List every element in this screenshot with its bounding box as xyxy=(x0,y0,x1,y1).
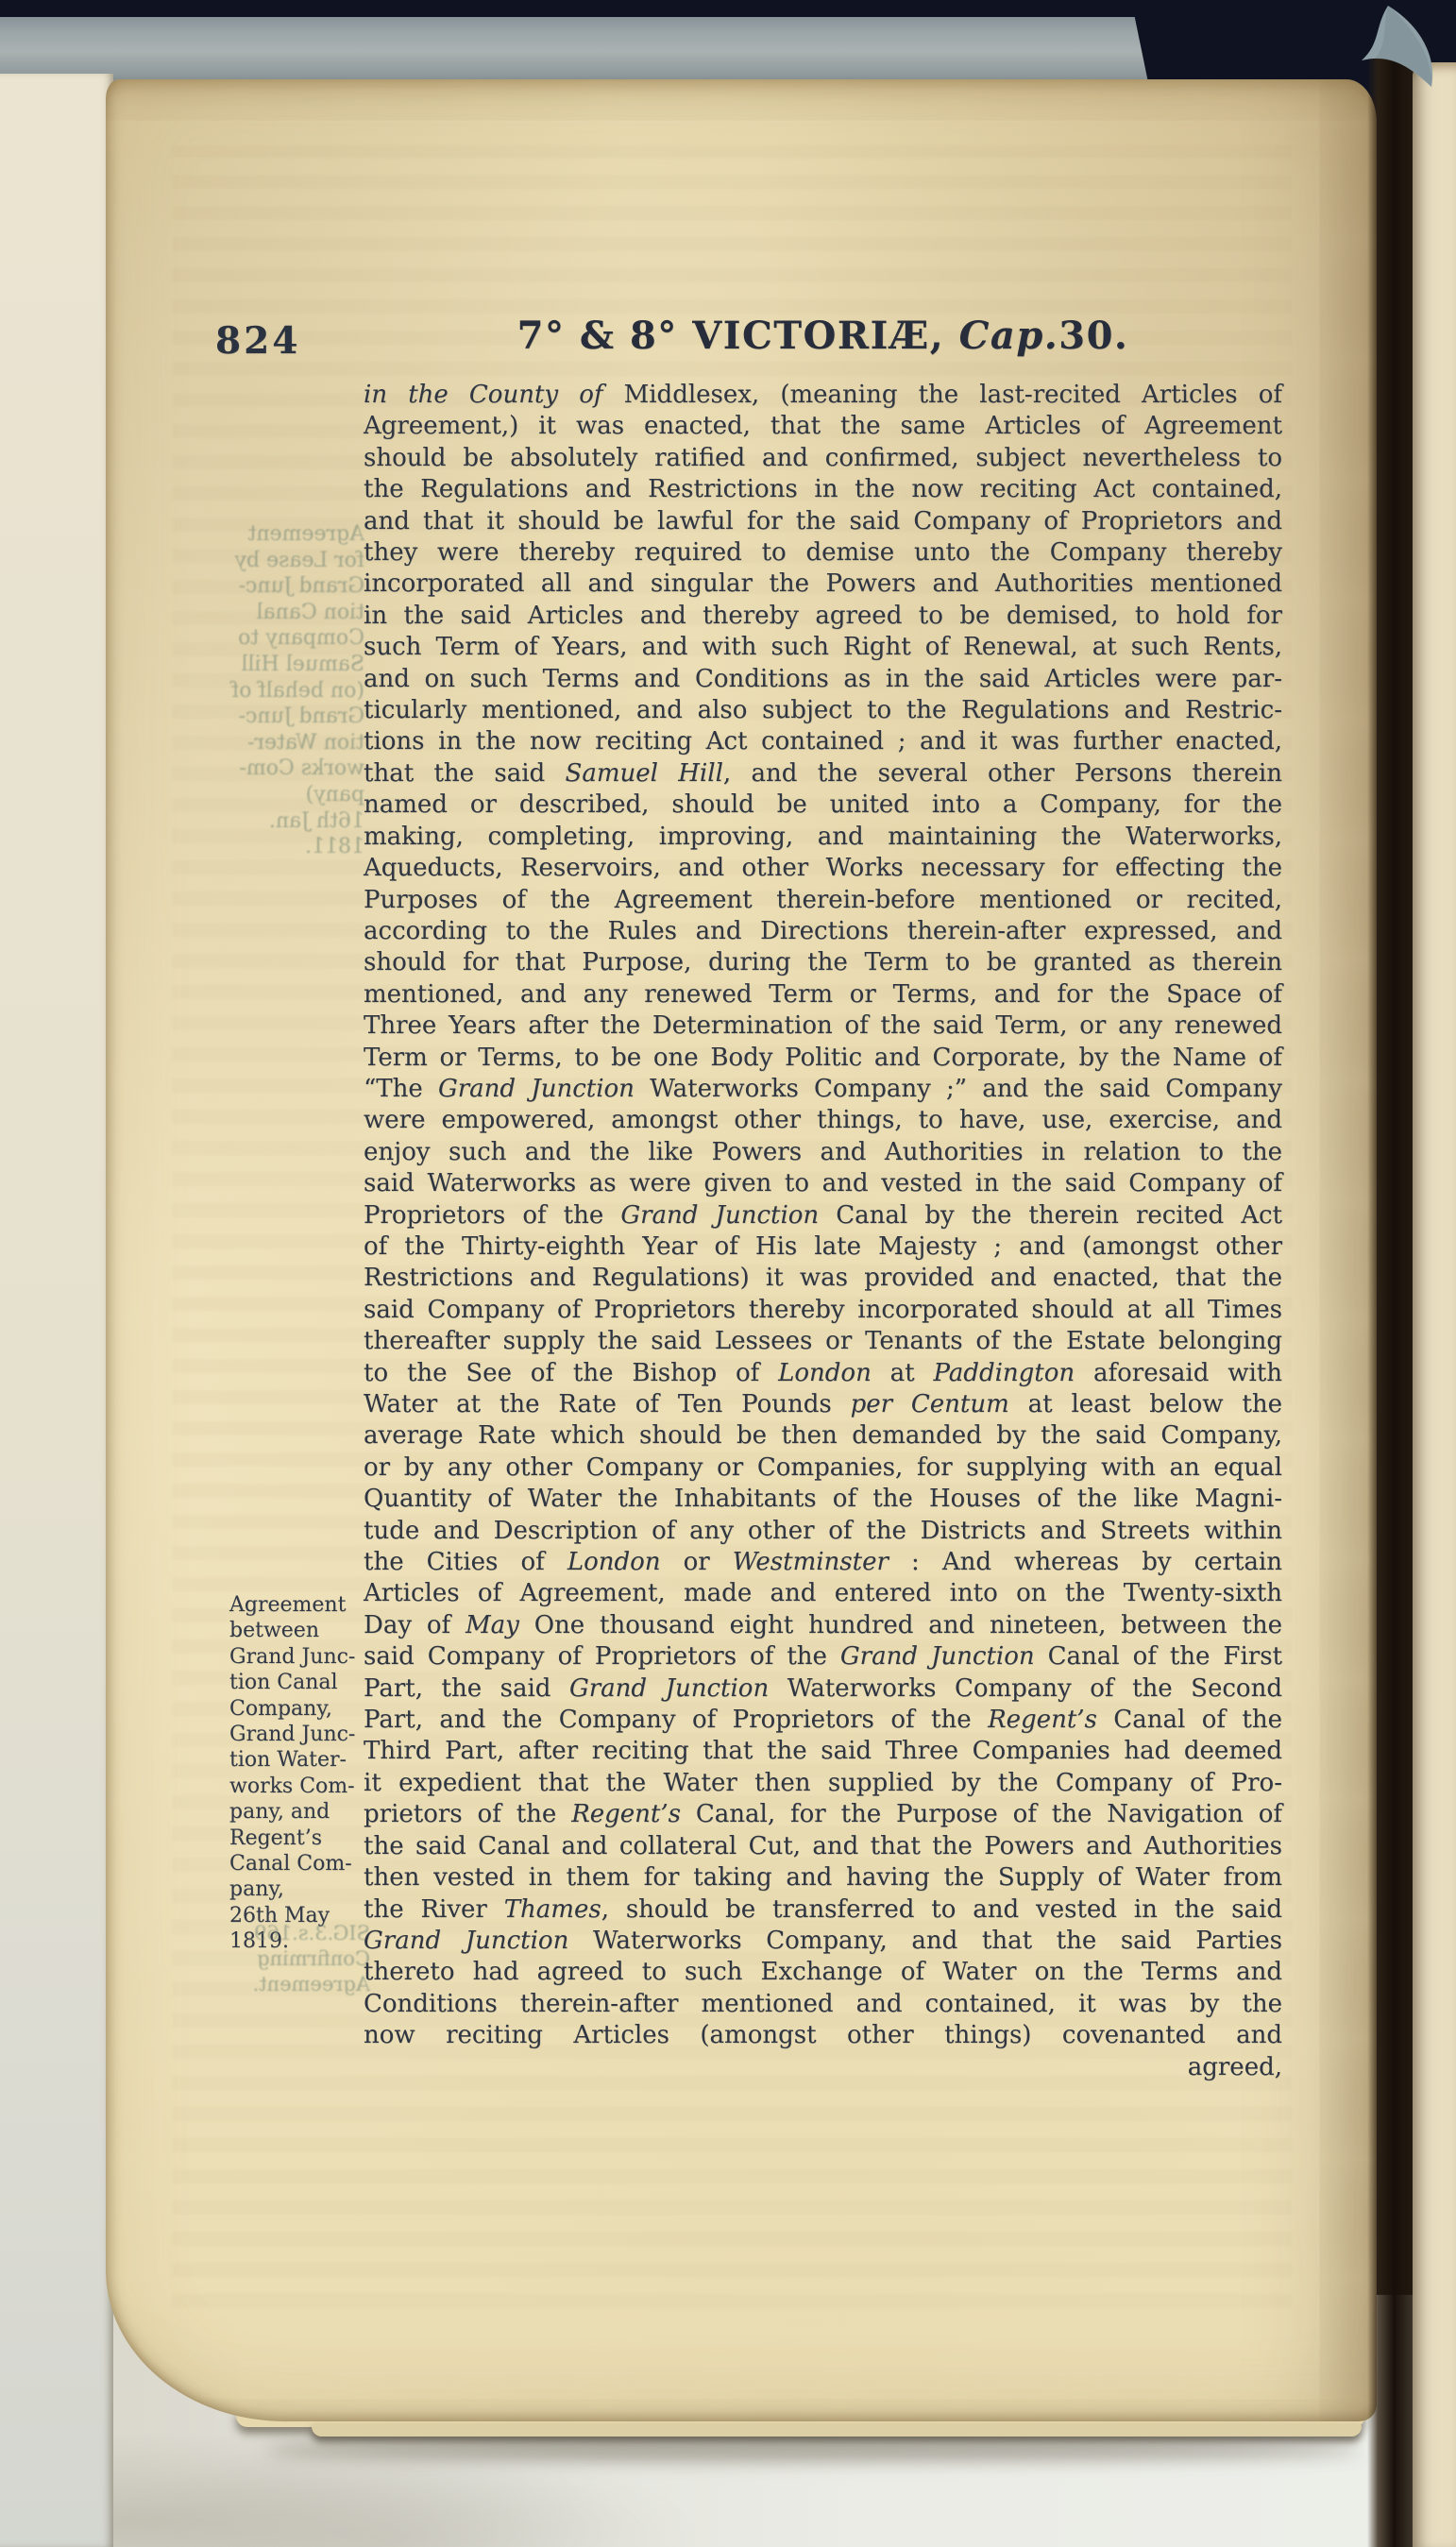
text-run: Third Part, after reciting that the said… xyxy=(364,1737,1282,1765)
margin-note-line: Company, xyxy=(229,1696,373,1722)
text-run: incorporated all and singular the Powers… xyxy=(364,569,1282,598)
text-run: ticularly mentioned, and also subject to… xyxy=(364,696,1282,724)
showthrough-line: tion Canal xyxy=(125,600,364,626)
italic-text-run: Paddington xyxy=(933,1359,1075,1387)
book-gutter xyxy=(1367,53,1416,2547)
showthrough-line: Grand Junc- xyxy=(125,704,364,730)
text-run: should for that Purpose, during the Term… xyxy=(364,948,1282,976)
text-run: Aqueducts, Reservoirs, and other Works n… xyxy=(364,854,1282,882)
body-line: of the Thirty-eighth Year of His late Ma… xyxy=(364,1231,1282,1263)
text-run: tions in the now reciting Act contained … xyxy=(364,727,1282,756)
text-run: Part, the said xyxy=(364,1674,569,1703)
text-run: , and the several other Persons therein xyxy=(723,759,1282,788)
book-top-edge xyxy=(0,6,1192,89)
body-line: prietors of the Regent’s Canal, for the … xyxy=(364,1799,1282,1830)
text-run: Waterworks Company ;” and the said Compa… xyxy=(635,1075,1282,1103)
text-run: prietors of the xyxy=(364,1800,571,1828)
text-run: Proprietors of the xyxy=(364,1201,620,1230)
text-run: Middlesex, (meaning the last-recited Art… xyxy=(602,381,1282,409)
body-line: the Regulations and Restrictions in the … xyxy=(364,474,1282,505)
showthrough-line: Samuel Hill xyxy=(125,652,364,678)
text-run: at xyxy=(872,1359,934,1387)
body-line: and that it should be lawful for the sai… xyxy=(364,506,1282,537)
showthrough-line: Agreement. xyxy=(210,1972,370,1997)
body-line: should be absolutely ratified and confir… xyxy=(364,443,1282,474)
italic-text-run: Westminster xyxy=(733,1548,889,1576)
margin-note-line: Grand Junc- xyxy=(229,1722,373,1747)
showthrough-line: works Com- xyxy=(125,756,364,782)
body-line: thereafter supply the said Lessees or Te… xyxy=(364,1326,1282,1357)
text-run: in the said Articles and thereby agreed … xyxy=(364,602,1282,630)
body-line: Day of May One thousand eight hundred an… xyxy=(364,1610,1282,1641)
margin-note-line: Canal Com- xyxy=(229,1851,373,1876)
italic-text-run: per Centum xyxy=(851,1390,1009,1418)
body-line: it expedient that the Water then supplie… xyxy=(364,1768,1282,1799)
margin-note: AgreementbetweenGrand Junc-tion CanalCom… xyxy=(229,1592,373,1955)
showthrough-line: (on behalf of xyxy=(125,678,364,705)
margin-note-line: works Com- xyxy=(229,1774,373,1799)
body-line: thereto had agreed to such Exchange of W… xyxy=(364,1957,1282,1988)
body-line: Water at the Rate of Ten Pounds per Cent… xyxy=(364,1389,1282,1420)
margin-note-line: tion Water- xyxy=(229,1747,373,1773)
text-run: said Waterworks as were given to and ves… xyxy=(364,1169,1282,1197)
text-run: “The xyxy=(364,1075,438,1103)
showthrough-line: Confirming xyxy=(210,1946,370,1972)
body-line: average Rate which should be then demand… xyxy=(364,1420,1282,1452)
catchword: agreed, xyxy=(364,2052,1282,2083)
body-line: Aqueducts, Reservoirs, and other Works n… xyxy=(364,853,1282,884)
italic-text-run: Grand Junction xyxy=(840,1642,1035,1671)
body-line: such Term of Years, and with such Right … xyxy=(364,632,1282,663)
body-line: incorporated all and singular the Powers… xyxy=(364,569,1282,600)
text-run: Conditions therein-after mentioned and c… xyxy=(364,1990,1282,2018)
text-run: Term or Terms, to be one Body Politic an… xyxy=(364,1044,1282,1072)
margin-note-line: tion Canal xyxy=(229,1670,373,1695)
text-run: 7° & 8° VICTORIÆ, xyxy=(517,314,959,358)
showthrough-line: Agreement xyxy=(125,521,364,548)
italic-text-run: London xyxy=(778,1359,872,1387)
body-line: tions in the now reciting Act contained … xyxy=(364,726,1282,757)
body-line: Part, and the Company of Proprietors of … xyxy=(364,1705,1282,1736)
text-run: Canal of the First xyxy=(1035,1642,1282,1671)
showthrough-line: tion Water- xyxy=(125,730,364,756)
next-page-edge xyxy=(1413,62,1456,2547)
text-run: Articles of Agreement, made and entered … xyxy=(364,1579,1282,1607)
text-run: of the Thirty-eighth Year of His late Ma… xyxy=(364,1232,1282,1261)
text-run: then vested in them for taking and havin… xyxy=(364,1863,1282,1892)
text-run: according to the Rules and Directions th… xyxy=(364,917,1282,945)
body-line: Proprietors of the Grand Junction Canal … xyxy=(364,1200,1282,1231)
text-run: aforesaid with xyxy=(1075,1359,1282,1387)
italic-text-run: Grand Junction xyxy=(438,1075,635,1103)
text-run: and that it should be lawful for the sai… xyxy=(364,507,1282,535)
text-run: Purposes of the Agreement therein-before… xyxy=(364,886,1282,914)
body-line: Agreement,) it was enacted, that the sam… xyxy=(364,411,1282,442)
showthrough-line: 16th Jan. xyxy=(125,808,364,835)
book-scan: 824 7° & 8° VICTORIÆ, Cap.30. Agreementf… xyxy=(0,0,1456,2547)
showthrough-line: 1811. xyxy=(125,834,364,860)
italic-text-run: Samuel Hill xyxy=(566,759,723,788)
body-line: said Company of Proprietors thereby inco… xyxy=(364,1295,1282,1326)
body-line: should for that Purpose, during the Term… xyxy=(364,947,1282,978)
body-line: or by any other Company or Companies, fo… xyxy=(364,1452,1282,1484)
text-run: were empowered, amongst other things, to… xyxy=(364,1106,1282,1134)
body-line: named or described, should be united int… xyxy=(364,790,1282,821)
body-line: in the said Articles and thereby agreed … xyxy=(364,601,1282,632)
body-line: the said Canal and collateral Cut, and t… xyxy=(364,1831,1282,1862)
left-page-torn-edge xyxy=(0,74,113,2547)
text-run: average Rate which should be then demand… xyxy=(364,1421,1282,1450)
margin-note-line: pany, and xyxy=(229,1799,373,1825)
text-run: thereafter supply the said Lessees or Te… xyxy=(364,1327,1282,1355)
text-run: Waterworks Company of the Second xyxy=(769,1674,1282,1703)
book-cloth-corner xyxy=(1339,2,1445,93)
text-run: said Company of Proprietors of the xyxy=(364,1642,840,1671)
text-run: Canal, for the Purpose of the Navigation… xyxy=(681,1800,1282,1828)
text-run: One thousand eight hundred and nineteen,… xyxy=(519,1611,1282,1639)
body-line: then vested in them for taking and havin… xyxy=(364,1862,1282,1893)
body-line: Conditions therein-after mentioned and c… xyxy=(364,1989,1282,2020)
text-run: : And whereas by certain xyxy=(889,1548,1282,1576)
text-run: Canal by the therein recited Act xyxy=(819,1201,1282,1230)
text-run: making, completing, improving, and maint… xyxy=(364,823,1282,851)
showthrough-line: Grand Junc- xyxy=(125,573,364,600)
italic-text-run: Cap. xyxy=(959,314,1059,358)
body-line: to the See of the Bishop of London at Pa… xyxy=(364,1358,1282,1389)
body-line: Three Years after the Determination of t… xyxy=(364,1010,1282,1042)
italic-text-run: Grand Junction xyxy=(569,1674,769,1703)
text-run: the Cities of xyxy=(364,1548,567,1576)
text-run: enjoy such and the like Powers and Autho… xyxy=(364,1138,1282,1166)
showthrough-line: for Lease by xyxy=(125,548,364,574)
body-line: Articles of Agreement, made and entered … xyxy=(364,1578,1282,1609)
body-line: now reciting Articles (amongst other thi… xyxy=(364,2020,1282,2051)
body-line: according to the Rules and Directions th… xyxy=(364,916,1282,947)
body-line: Purposes of the Agreement therein-before… xyxy=(364,885,1282,916)
body-line: “The Grand Junction Waterworks Company ;… xyxy=(364,1074,1282,1105)
text-run: or by any other Company or Companies, fo… xyxy=(364,1453,1282,1482)
text-run: , should be transferred to and vested in… xyxy=(601,1895,1282,1924)
body-line: the Cities of London or Westminster : An… xyxy=(364,1547,1282,1578)
text-run: Day of xyxy=(364,1611,466,1639)
body-line: the River Thames, should be transferred … xyxy=(364,1894,1282,1926)
italic-text-run: in the County of xyxy=(364,381,602,409)
body-line: Term or Terms, to be one Body Politic an… xyxy=(364,1043,1282,1074)
body-line: and on such Terms and Conditions as in t… xyxy=(364,664,1282,695)
text-run: the said Canal and collateral Cut, and t… xyxy=(364,1832,1282,1860)
text-run: said Company of Proprietors thereby inco… xyxy=(364,1296,1282,1324)
page-drop-shadow xyxy=(264,2438,1360,2461)
text-run: or xyxy=(661,1548,733,1576)
running-header: 7° & 8° VICTORIÆ, Cap.30. xyxy=(364,314,1282,358)
page-number: 824 xyxy=(215,319,300,363)
body-line: making, completing, improving, and maint… xyxy=(364,822,1282,853)
text-run: Water at the Rate of Ten Pounds xyxy=(364,1390,851,1418)
text-run: Three Years after the Determination of t… xyxy=(364,1011,1282,1040)
showthrough-text-bottom: SIG.3.s.169.ConfirmingAgreement. xyxy=(210,1921,370,1997)
margin-note-line: Regent’s xyxy=(229,1825,373,1851)
book-page: 824 7° & 8° VICTORIÆ, Cap.30. Agreementf… xyxy=(106,79,1377,2421)
body-line: Quantity of Water the Inhabitants of the… xyxy=(364,1484,1282,1515)
background-top xyxy=(0,0,1456,17)
showthrough-text-left: Agreementfor Lease byGrand Junc-tion Can… xyxy=(125,521,364,860)
body-line: in the County of Middlesex, (meaning the… xyxy=(364,380,1282,411)
body-line: Part, the said Grand Junction Waterworks… xyxy=(364,1673,1282,1705)
body-line: Grand Junction Waterworks Company, and t… xyxy=(364,1926,1282,1957)
italic-text-run: May xyxy=(466,1611,519,1639)
body-line: said Company of Proprietors of the Grand… xyxy=(364,1641,1282,1673)
text-run: that the said xyxy=(364,759,566,788)
text-run: Canal of the xyxy=(1097,1706,1282,1734)
italic-text-run: Grand Junction xyxy=(364,1927,568,1955)
text-run: the Regulations and Restrictions in the … xyxy=(364,475,1282,503)
body-line: mentioned, and any renewed Term or Terms… xyxy=(364,979,1282,1010)
text-run: thereto had agreed to such Exchange of W… xyxy=(364,1958,1282,1986)
text-run: 30. xyxy=(1058,314,1128,358)
text-run: Quantity of Water the Inhabitants of the… xyxy=(364,1485,1282,1513)
text-run: the River xyxy=(364,1895,504,1924)
body-line: Third Part, after reciting that the said… xyxy=(364,1736,1282,1767)
italic-text-run: London xyxy=(567,1548,661,1576)
body-line: that the said Samuel Hill, and the sever… xyxy=(364,758,1282,790)
italic-text-run: Thames xyxy=(504,1895,601,1924)
body-line: ticularly mentioned, and also subject to… xyxy=(364,695,1282,726)
text-run: Restrictions and Regulations) it was pro… xyxy=(364,1264,1282,1292)
text-run: it expedient that the Water then supplie… xyxy=(364,1769,1282,1797)
margin-note-line: pany, xyxy=(229,1876,373,1902)
text-run: should be absolutely ratified and confir… xyxy=(364,444,1282,472)
text-run: Agreement,) it was enacted, that the sam… xyxy=(364,412,1282,440)
body-line: said Waterworks as were given to and ves… xyxy=(364,1168,1282,1199)
text-run: tude and Description of any other of the… xyxy=(364,1517,1282,1545)
body-line: they were thereby required to demise unt… xyxy=(364,537,1282,569)
showthrough-line: SIG.3.s.169. xyxy=(210,1921,370,1946)
body-line: Restrictions and Regulations) it was pro… xyxy=(364,1263,1282,1294)
text-run: they were thereby required to demise unt… xyxy=(364,538,1282,567)
text-run: mentioned, and any renewed Term or Terms… xyxy=(364,980,1282,1009)
margin-note-line: Agreement xyxy=(229,1592,373,1618)
text-run: at least below the xyxy=(1009,1390,1282,1418)
margin-note-line: between xyxy=(229,1618,373,1643)
showthrough-line: pany) xyxy=(125,782,364,808)
text-run: named or described, should be united int… xyxy=(364,790,1282,819)
text-run: such Term of Years, and with such Right … xyxy=(364,633,1282,661)
stacked-page-edge xyxy=(312,2423,1362,2437)
text-run: Part, and the Company of Proprietors of … xyxy=(364,1706,988,1734)
margin-note-line: Grand Junc- xyxy=(229,1644,373,1670)
body-line: tude and Description of any other of the… xyxy=(364,1516,1282,1547)
body-line: were empowered, amongst other things, to… xyxy=(364,1105,1282,1136)
italic-text-run: Regent’s xyxy=(571,1800,681,1828)
body-line: enjoy such and the like Powers and Autho… xyxy=(364,1137,1282,1168)
text-run: now reciting Articles (amongst other thi… xyxy=(364,2021,1282,2049)
text-run: Waterworks Company, and that the said Pa… xyxy=(568,1927,1282,1955)
showthrough-line: Company to xyxy=(125,625,364,652)
italic-text-run: Grand Junction xyxy=(620,1201,819,1230)
body-text: in the County of Middlesex, (meaning the… xyxy=(364,380,1282,2083)
italic-text-run: Regent’s xyxy=(988,1706,1097,1734)
text-run: and on such Terms and Conditions as in t… xyxy=(364,665,1282,693)
text-run: to the See of the Bishop of xyxy=(364,1359,778,1387)
